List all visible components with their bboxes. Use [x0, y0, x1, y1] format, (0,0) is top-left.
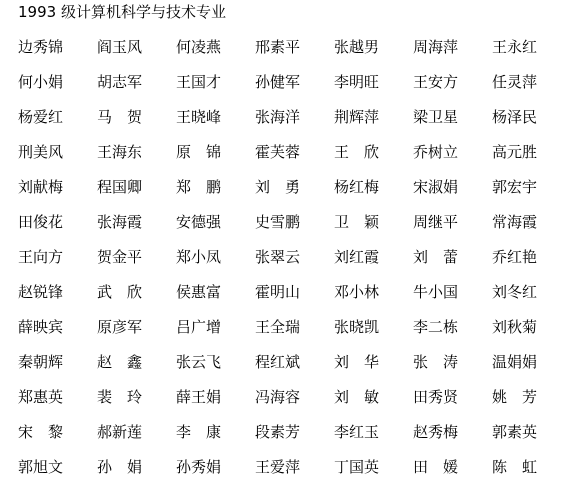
student-name: 郭宏宇 — [492, 180, 537, 195]
student-name: 李红玉 — [334, 425, 379, 440]
student-name: 邓小林 — [334, 285, 379, 300]
student-name: 赵秀梅 — [413, 425, 458, 440]
roster-row: 刑美风王海东原 锦霍芙蓉王 欣乔树立高元胜 — [18, 145, 537, 180]
student-name: 杨泽民 — [492, 110, 537, 125]
student-name: 王 欣 — [334, 145, 379, 160]
student-name: 陈 虹 — [492, 460, 537, 475]
student-name: 郭素英 — [492, 425, 537, 440]
student-name: 荆辉萍 — [334, 110, 379, 125]
roster-row: 宋 黎郝新莲李 康段素芳李红玉赵秀梅郭素英 — [18, 425, 537, 460]
student-name: 郑小凤 — [176, 250, 221, 265]
student-name: 冯海容 — [255, 390, 300, 405]
roster-row: 何小娟胡志军王国才孙健军李明旺王安方任灵萍 — [18, 75, 537, 110]
student-name: 张越男 — [334, 40, 379, 55]
student-name: 孙 娟 — [97, 460, 142, 475]
student-name: 王全瑞 — [255, 320, 300, 335]
student-name: 李二栋 — [413, 320, 458, 335]
student-name: 原 锦 — [176, 145, 221, 160]
roster-row: 郑惠英裴 玲薛王娟冯海容刘 敏田秀贤姚 芳 — [18, 390, 537, 425]
student-name: 原彦军 — [97, 320, 142, 335]
student-name: 薛映宾 — [18, 320, 63, 335]
student-name: 王国才 — [176, 75, 221, 90]
student-name: 王爱萍 — [255, 460, 300, 475]
student-name: 卫 颖 — [334, 215, 379, 230]
student-name: 段素芳 — [255, 425, 300, 440]
student-name: 郑 鹏 — [176, 180, 221, 195]
student-name: 梁卫星 — [413, 110, 458, 125]
student-name: 程国卿 — [97, 180, 142, 195]
student-name: 何小娟 — [18, 75, 63, 90]
roster-row: 田俊花张海霞安德强史雪鹏卫 颖周继平常海霞 — [18, 215, 537, 250]
student-name: 常海霞 — [492, 215, 537, 230]
student-name: 侯惠富 — [176, 285, 221, 300]
student-name: 宋淑娟 — [413, 180, 458, 195]
student-name: 温娟娟 — [492, 355, 537, 370]
student-name: 霍芙蓉 — [255, 145, 300, 160]
student-name: 史雪鹏 — [255, 215, 300, 230]
student-name: 刘 蕾 — [413, 250, 458, 265]
student-name: 郑惠英 — [18, 390, 63, 405]
student-name: 田秀贤 — [413, 390, 458, 405]
student-name: 周海萍 — [413, 40, 458, 55]
page-title: 1993 级计算机科学与技术专业 — [18, 5, 226, 20]
student-name: 田 媛 — [413, 460, 458, 475]
student-name: 安德强 — [176, 215, 221, 230]
student-name: 程红斌 — [255, 355, 300, 370]
student-name: 丁国英 — [334, 460, 379, 475]
student-name: 贺金平 — [97, 250, 142, 265]
student-name: 乔红艳 — [492, 250, 537, 265]
student-name: 刘 勇 — [255, 180, 300, 195]
student-name: 裴 玲 — [97, 390, 142, 405]
student-name: 王向方 — [18, 250, 63, 265]
student-name: 王海东 — [97, 145, 142, 160]
roster-page: 1993 级计算机科学与技术专业 边秀锦阎玉风何凌燕邢素平张越男周海萍王永红何小… — [0, 0, 580, 488]
student-name: 高元胜 — [492, 145, 537, 160]
student-name: 孙秀娟 — [176, 460, 221, 475]
student-name: 马 贺 — [97, 110, 142, 125]
student-name: 邢素平 — [255, 40, 300, 55]
student-name: 田俊花 — [18, 215, 63, 230]
student-name: 张海洋 — [255, 110, 300, 125]
roster-row: 边秀锦阎玉风何凌燕邢素平张越男周海萍王永红 — [18, 40, 537, 75]
student-name: 刘献梅 — [18, 180, 63, 195]
student-name: 秦朝辉 — [18, 355, 63, 370]
student-name: 孙健军 — [255, 75, 300, 90]
student-name: 李明旺 — [334, 75, 379, 90]
student-name: 薛王娟 — [176, 390, 221, 405]
student-name: 王晓峰 — [176, 110, 221, 125]
roster-row: 赵锐锋武 欣侯惠富霍明山邓小林牛小国刘冬红 — [18, 285, 537, 320]
student-name: 赵锐锋 — [18, 285, 63, 300]
student-name: 郭旭文 — [18, 460, 63, 475]
student-name: 周继平 — [413, 215, 458, 230]
student-name: 刘红霞 — [334, 250, 379, 265]
student-name: 刘 敏 — [334, 390, 379, 405]
student-name: 宋 黎 — [18, 425, 63, 440]
roster-row: 王向方贺金平郑小凤张翠云刘红霞刘 蕾乔红艳 — [18, 250, 537, 285]
student-name: 刑美风 — [18, 145, 63, 160]
student-name: 刘 华 — [334, 355, 379, 370]
student-name: 吕广增 — [176, 320, 221, 335]
roster-row: 薛映宾原彦军吕广增王全瑞张晓凯李二栋刘秋菊 — [18, 320, 537, 355]
student-name: 郝新莲 — [97, 425, 142, 440]
roster-row: 刘献梅程国卿郑 鹏刘 勇杨红梅宋淑娟郭宏宇 — [18, 180, 537, 215]
student-name: 张 涛 — [413, 355, 458, 370]
student-name: 张云飞 — [176, 355, 221, 370]
student-name: 王永红 — [492, 40, 537, 55]
student-name: 张海霞 — [97, 215, 142, 230]
student-name: 刘冬红 — [492, 285, 537, 300]
roster-row: 杨爱红马 贺王晓峰张海洋荆辉萍梁卫星杨泽民 — [18, 110, 537, 145]
student-name: 乔树立 — [413, 145, 458, 160]
student-name: 武 欣 — [97, 285, 142, 300]
student-name: 牛小国 — [413, 285, 458, 300]
student-name: 阎玉风 — [97, 40, 142, 55]
student-name: 李 康 — [176, 425, 221, 440]
student-name: 杨爱红 — [18, 110, 63, 125]
roster-row: 秦朝辉赵 鑫张云飞程红斌刘 华张 涛温娟娟 — [18, 355, 537, 390]
student-name: 张翠云 — [255, 250, 300, 265]
student-name: 王安方 — [413, 75, 458, 90]
student-name: 胡志军 — [97, 75, 142, 90]
student-name: 杨红梅 — [334, 180, 379, 195]
student-name: 赵 鑫 — [97, 355, 142, 370]
student-name: 霍明山 — [255, 285, 300, 300]
roster-row: 郭旭文孙 娟孙秀娟王爱萍丁国英田 媛陈 虹 — [18, 460, 537, 488]
student-name: 刘秋菊 — [492, 320, 537, 335]
student-name: 何凌燕 — [176, 40, 221, 55]
student-name: 任灵萍 — [492, 75, 537, 90]
student-name: 张晓凯 — [334, 320, 379, 335]
name-grid: 边秀锦阎玉风何凌燕邢素平张越男周海萍王永红何小娟胡志军王国才孙健军李明旺王安方任… — [18, 40, 537, 488]
student-name: 姚 芳 — [492, 390, 537, 405]
student-name: 边秀锦 — [18, 40, 63, 55]
